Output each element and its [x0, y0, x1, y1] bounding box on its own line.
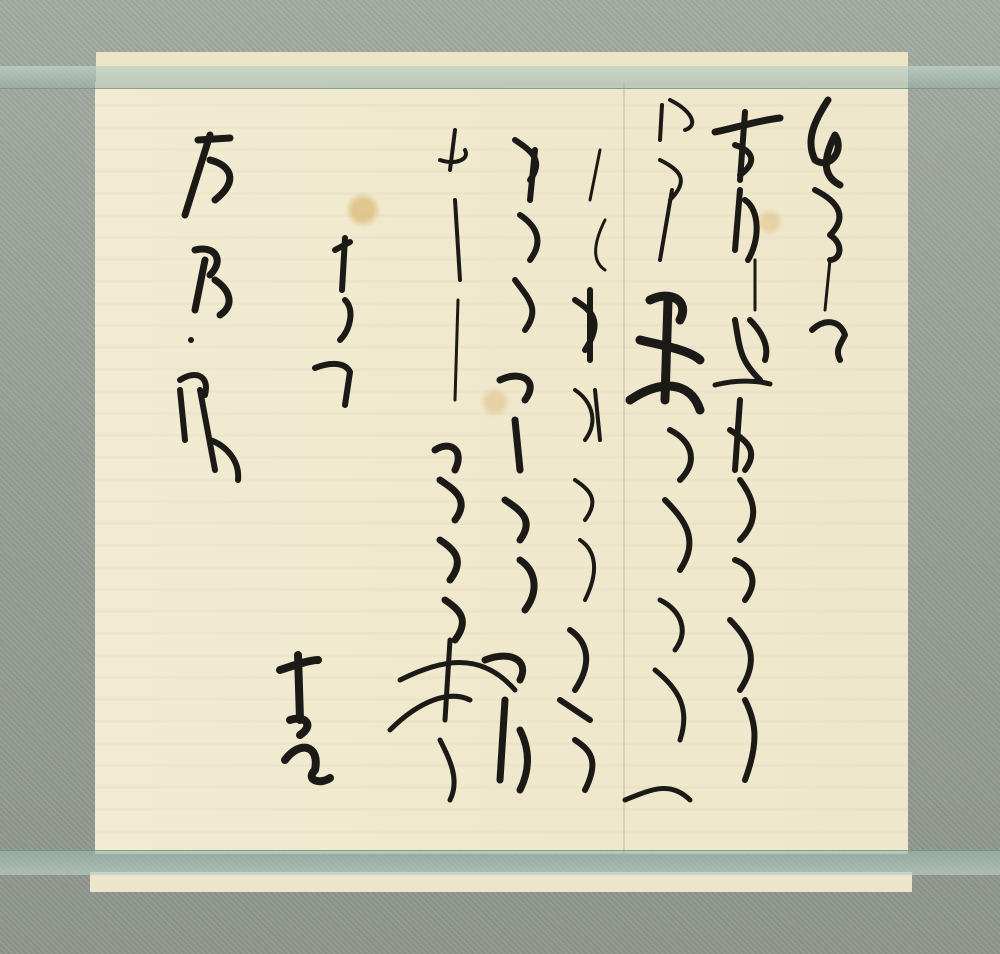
photo-scene: Handwritten Japanese cursive-script lett…: [0, 0, 1000, 954]
calligraphy-column-4: [560, 150, 605, 790]
addressee-column: [180, 135, 238, 480]
date-column: [315, 238, 350, 405]
calligraphy-column-3: [625, 100, 700, 800]
calligraphy-column-1: [811, 100, 845, 360]
calligraphy-column-6: [390, 130, 515, 800]
calligraphy-column-2: [715, 112, 780, 780]
calligraphy-column-5: [485, 140, 537, 790]
signature-mark: [280, 655, 330, 781]
calligraphy-ink: [0, 0, 1000, 954]
